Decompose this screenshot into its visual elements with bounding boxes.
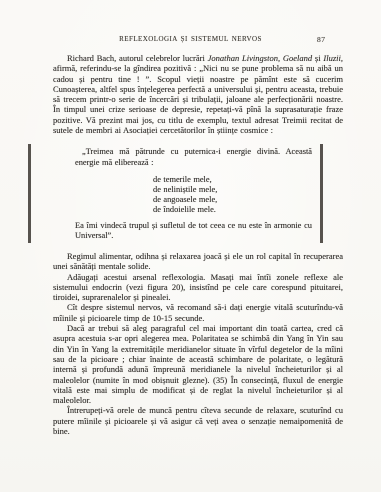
quote-text: „Treimea mă pătrunde cu puternica-i ener… <box>75 147 312 241</box>
quote-list: de temerile mele, de neliniștile mele, d… <box>153 175 312 216</box>
quote-opening: „Treimea mă pătrunde cu puternica-i ener… <box>75 147 312 167</box>
paragraph-intrerupeti: Întrerupeți-vă orele de muncă pentru cît… <box>53 405 343 436</box>
paragraph-polaritate: Dacă ar trebui să aleg paragraful cel ma… <box>53 323 343 405</box>
paragraph-sistemul-nervos: Cît despre sistemul nervos, vă recomand … <box>53 302 343 323</box>
quote-right-rule <box>320 144 323 243</box>
intro-rest: , afirmă, referindu-se la gîndirea pozit… <box>53 53 343 135</box>
quote-list-item: de îndoielile mele. <box>153 205 312 215</box>
quote-left-rule <box>28 144 31 243</box>
intro-conjunction: și <box>312 53 323 63</box>
paragraph-adaugati: Adăugați acestui arsenal reflexologia. M… <box>53 272 343 303</box>
quote-list-item: de neliniștile mele, <box>153 185 312 195</box>
quote-list-item: de angoasele mele, <box>153 195 312 205</box>
paragraph-regimul: Regimul alimentar, odihna și relaxarea j… <box>53 251 343 272</box>
quote-block: „Treimea mă pătrunde cu puternica-i ener… <box>53 144 343 243</box>
quote-closing: Ea îmi vindecă trupul și sufletul de tot… <box>75 221 312 241</box>
text-block: Richard Bach, autorul celebrelor lucrări… <box>53 0 343 436</box>
intro-lead: Richard Bach, autorul celebrelor lucrări <box>67 53 208 63</box>
book-title-iluzii: Iluzii <box>323 53 340 63</box>
paragraph-intro: Richard Bach, autorul celebrelor lucrări… <box>53 53 343 135</box>
book-title-jonathan-livingston: Jonathan Livingston, Goeland <box>208 53 313 63</box>
book-page: REFLEXOLOGIA ȘI SISTEMUL NERVOS 87 Richa… <box>0 0 381 492</box>
quote-list-item: de temerile mele, <box>153 175 312 185</box>
